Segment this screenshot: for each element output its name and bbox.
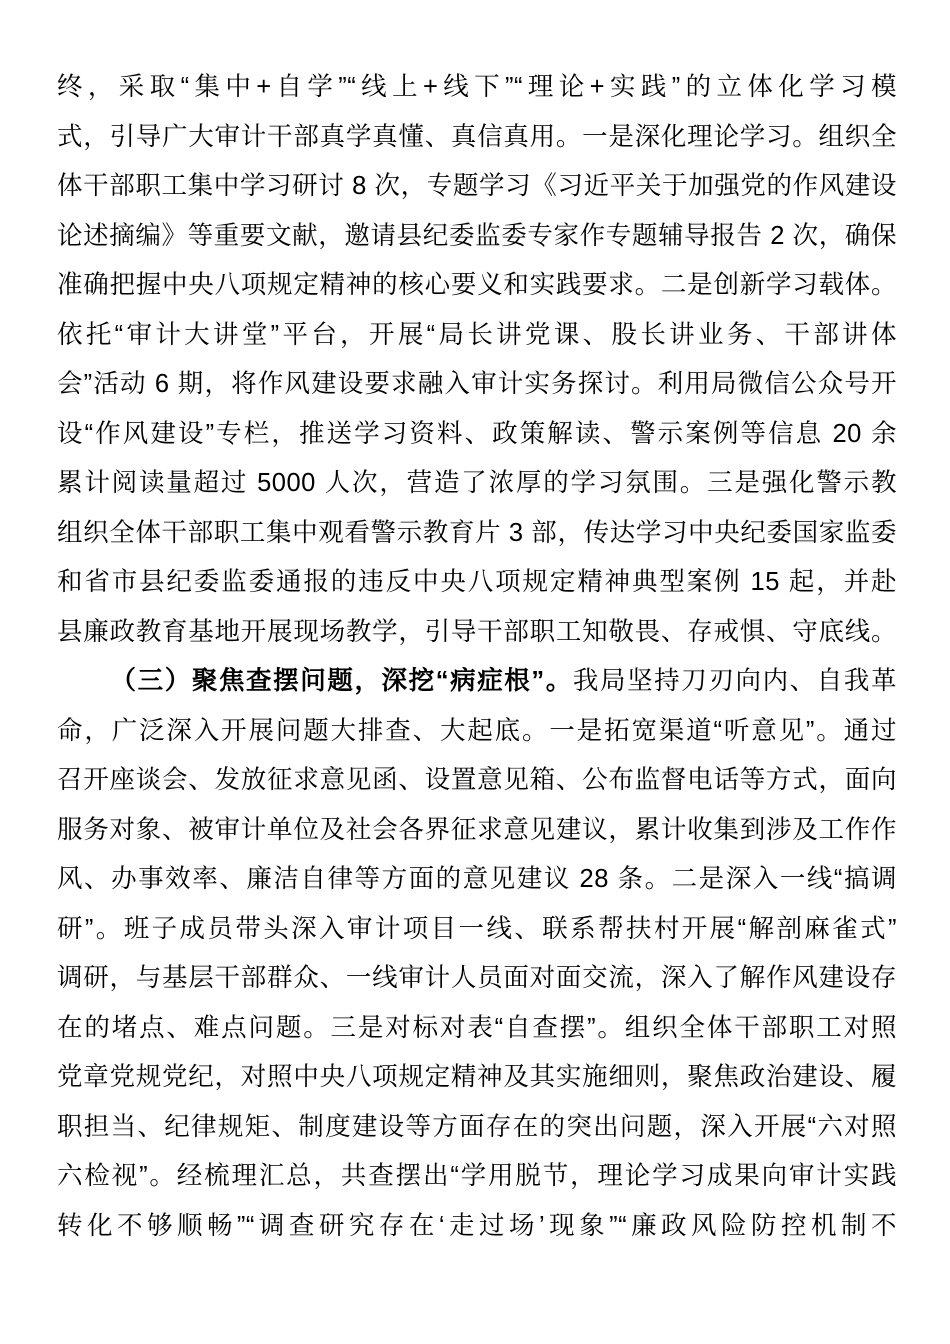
text-line: 服务对象、被审计单位及社会各界征求意见建议，累计收集到涉及工作作 xyxy=(57,806,897,856)
text-line: （三）聚焦查摆问题，深挖“病症根”。我局坚持刀刃向内、自我革 xyxy=(57,657,897,707)
text-run: 会”活动 6 期，将作风建设要求融入审计实务探讨。利用局微信公众号开 xyxy=(57,370,897,398)
text-line: 累计阅读量超过 5000 人次，营造了浓厚的学习氛围。三是强化警示教育。 xyxy=(57,459,897,509)
document-page: 终，采取“集中+自学”“线上+线下”“理论+实践”的立体化学习模式，引导广大审计… xyxy=(0,0,950,1344)
text-line: 终，采取“集中+自学”“线上+线下”“理论+实践”的立体化学习模 xyxy=(57,63,897,113)
text-run: 体干部职工集中学习研讨 8 次，专题学习《习近平关于加强党的作风建设 xyxy=(57,172,897,200)
text-line: 转化不够顺畅”“调查研究存在‘走过场’现象”“廉政风险防控机制不 xyxy=(57,1202,897,1252)
text-line: 组织全体干部职工集中观看警示教育片 3 部，传达学习中央纪委国家监委 xyxy=(57,509,897,559)
text-run: 和省市县纪委监委通报的违反中央八项规定精神典型案例 15 起，并赴 XX xyxy=(57,568,897,608)
text-line: 职担当、纪律规矩、制度建设等方面存在的突出问题，深入开展“六对照 xyxy=(57,1103,897,1153)
text-line: 和省市县纪委监委通报的违反中央八项规定精神典型案例 15 起，并赴 XX xyxy=(57,558,897,608)
text-line: 六检视”。经梳理汇总，共查摆出“学用脱节，理论学习成果向审计实践 xyxy=(57,1152,897,1202)
text-line: 在的堵点、难点问题。三是对标对表“自查摆”。组织全体干部职工对照 xyxy=(57,1004,897,1054)
text-line: 召开座谈会、发放征求意见函、设置意见箱、公布监督电话等方式，面向 xyxy=(57,756,897,806)
text-run: 研”。班子成员带头深入审计项目一线、联系帮扶村开展“解剖麻雀式” xyxy=(57,915,897,943)
text-run: 组织全体干部职工集中观看警示教育片 3 部，传达学习中央纪委国家监委 xyxy=(57,519,897,547)
text-run: 终，采取“集中+自学”“线上+线下”“理论+实践”的立体化学习模 xyxy=(57,73,897,101)
text-line: 调研，与基层干部群众、一线审计人员面对面交流，深入了解作风建设存 xyxy=(57,954,897,1004)
text-run: 论述摘编》等重要文献，邀请县纪委监委专家作专题辅导报告 2 次，确保 xyxy=(57,222,897,250)
text-line: 准确把握中央八项规定精神的核心要义和实践要求。二是创新学习载体。 xyxy=(57,261,897,311)
text-run: 风、办事效率、廉洁自律等方面的意见建议 28 条。二是深入一线“搞调 xyxy=(57,865,897,893)
text-run: 我局坚持刀刃向内、自我革 xyxy=(573,667,897,695)
text-run: 设“作风建设”专栏，推送学习资料、政策解读、警示案例等信息 20 余篇， xyxy=(57,420,897,460)
text-run: 县廉政教育基地开展现场教学，引导干部职工知敬畏、存戒惧、守底线。 xyxy=(57,618,897,646)
text-line: 式，引导广大审计干部真学真懂、真信真用。一是深化理论学习。组织全 xyxy=(57,113,897,163)
text-run: 依托“审计大讲堂”平台，开展“局长讲党课、股长讲业务、干部讲体 xyxy=(57,321,897,349)
text-line: 依托“审计大讲堂”平台，开展“局长讲党课、股长讲业务、干部讲体 xyxy=(57,311,897,361)
text-run: 调研，与基层干部群众、一线审计人员面对面交流，深入了解作风建设存 xyxy=(57,964,897,992)
text-line: 体干部职工集中学习研讨 8 次，专题学习《习近平关于加强党的作风建设 xyxy=(57,162,897,212)
text-run: 式，引导广大审计干部真学真懂、真信真用。一是深化理论学习。组织全 xyxy=(57,123,897,151)
text-line: 设“作风建设”专栏，推送学习资料、政策解读、警示案例等信息 20 余篇， xyxy=(57,410,897,460)
text-run: 党章党规党纪，对照中央八项规定精神及其实施细则，聚焦政治建设、履 xyxy=(57,1063,897,1091)
text-line: 党章党规党纪，对照中央八项规定精神及其实施细则，聚焦政治建设、履 xyxy=(57,1053,897,1103)
text-line: 会”活动 6 期，将作风建设要求融入审计实务探讨。利用局微信公众号开 xyxy=(57,360,897,410)
text-run: 累计阅读量超过 5000 人次，营造了浓厚的学习氛围。三是强化警示教育。 xyxy=(57,469,897,509)
text-run: 职担当、纪律规矩、制度建设等方面存在的突出问题，深入开展“六对照 xyxy=(57,1113,897,1141)
text-line: 论述摘编》等重要文献，邀请县纪委监委专家作专题辅导报告 2 次，确保 xyxy=(57,212,897,262)
text-run: 六检视”。经梳理汇总，共查摆出“学用脱节，理论学习成果向审计实践 xyxy=(57,1162,897,1190)
text-run: 命，广泛深入开展问题大排查、大起底。一是拓宽渠道“听意见”。通过 xyxy=(57,717,897,745)
text-line: 县廉政教育基地开展现场教学，引导干部职工知敬畏、存戒惧、守底线。 xyxy=(57,608,897,658)
text-run: 转化不够顺畅”“调查研究存在‘走过场’现象”“廉政风险防控机制不 xyxy=(57,1212,897,1240)
bold-heading-run: （三）聚焦查摆问题，深挖“病症根”。 xyxy=(111,667,573,695)
text-run: 在的堵点、难点问题。三是对标对表“自查摆”。组织全体干部职工对照 xyxy=(57,1014,897,1042)
text-line: 命，广泛深入开展问题大排查、大起底。一是拓宽渠道“听意见”。通过 xyxy=(57,707,897,757)
text-run: 服务对象、被审计单位及社会各界征求意见建议，累计收集到涉及工作作 xyxy=(57,816,897,844)
text-line: 风、办事效率、廉洁自律等方面的意见建议 28 条。二是深入一线“搞调 xyxy=(57,855,897,905)
text-run: 召开座谈会、发放征求意见函、设置意见箱、公布监督电话等方式，面向 xyxy=(57,766,897,794)
document-body: 终，采取“集中+自学”“线上+线下”“理论+实践”的立体化学习模式，引导广大审计… xyxy=(57,63,897,1251)
text-line: 研”。班子成员带头深入审计项目一线、联系帮扶村开展“解剖麻雀式” xyxy=(57,905,897,955)
text-run: 准确把握中央八项规定精神的核心要义和实践要求。二是创新学习载体。 xyxy=(57,271,897,299)
